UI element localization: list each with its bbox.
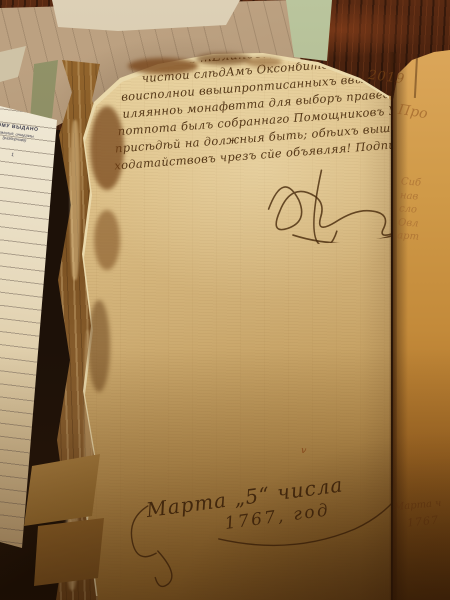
damage-blotch — [90, 106, 124, 190]
page-crease — [414, 54, 418, 98]
archive-photo: КОМУ ВЫДАНО фамилия, инициалы (разборчив… — [0, 0, 450, 600]
damage-blotch — [128, 58, 198, 74]
margin-flourish: Про — [397, 102, 429, 122]
check-mark: v — [300, 446, 306, 457]
fray-streak — [70, 120, 80, 280]
damage-blotch — [94, 210, 120, 270]
card-row-mark: 1 — [0, 145, 72, 166]
faint-date-note: Марта ч — [394, 498, 442, 513]
faint-year-note: 1767 — [406, 513, 439, 529]
faint-margin-notes: Сиб нав сло Овл арт — [397, 175, 424, 244]
date-inscription: Марта „5“ числа 1767, год — [116, 457, 407, 593]
damage-blotch — [196, 53, 251, 65]
book-gutter-shadow — [389, 52, 397, 600]
damage-blotch — [246, 57, 282, 67]
damage-blotch — [88, 300, 110, 392]
